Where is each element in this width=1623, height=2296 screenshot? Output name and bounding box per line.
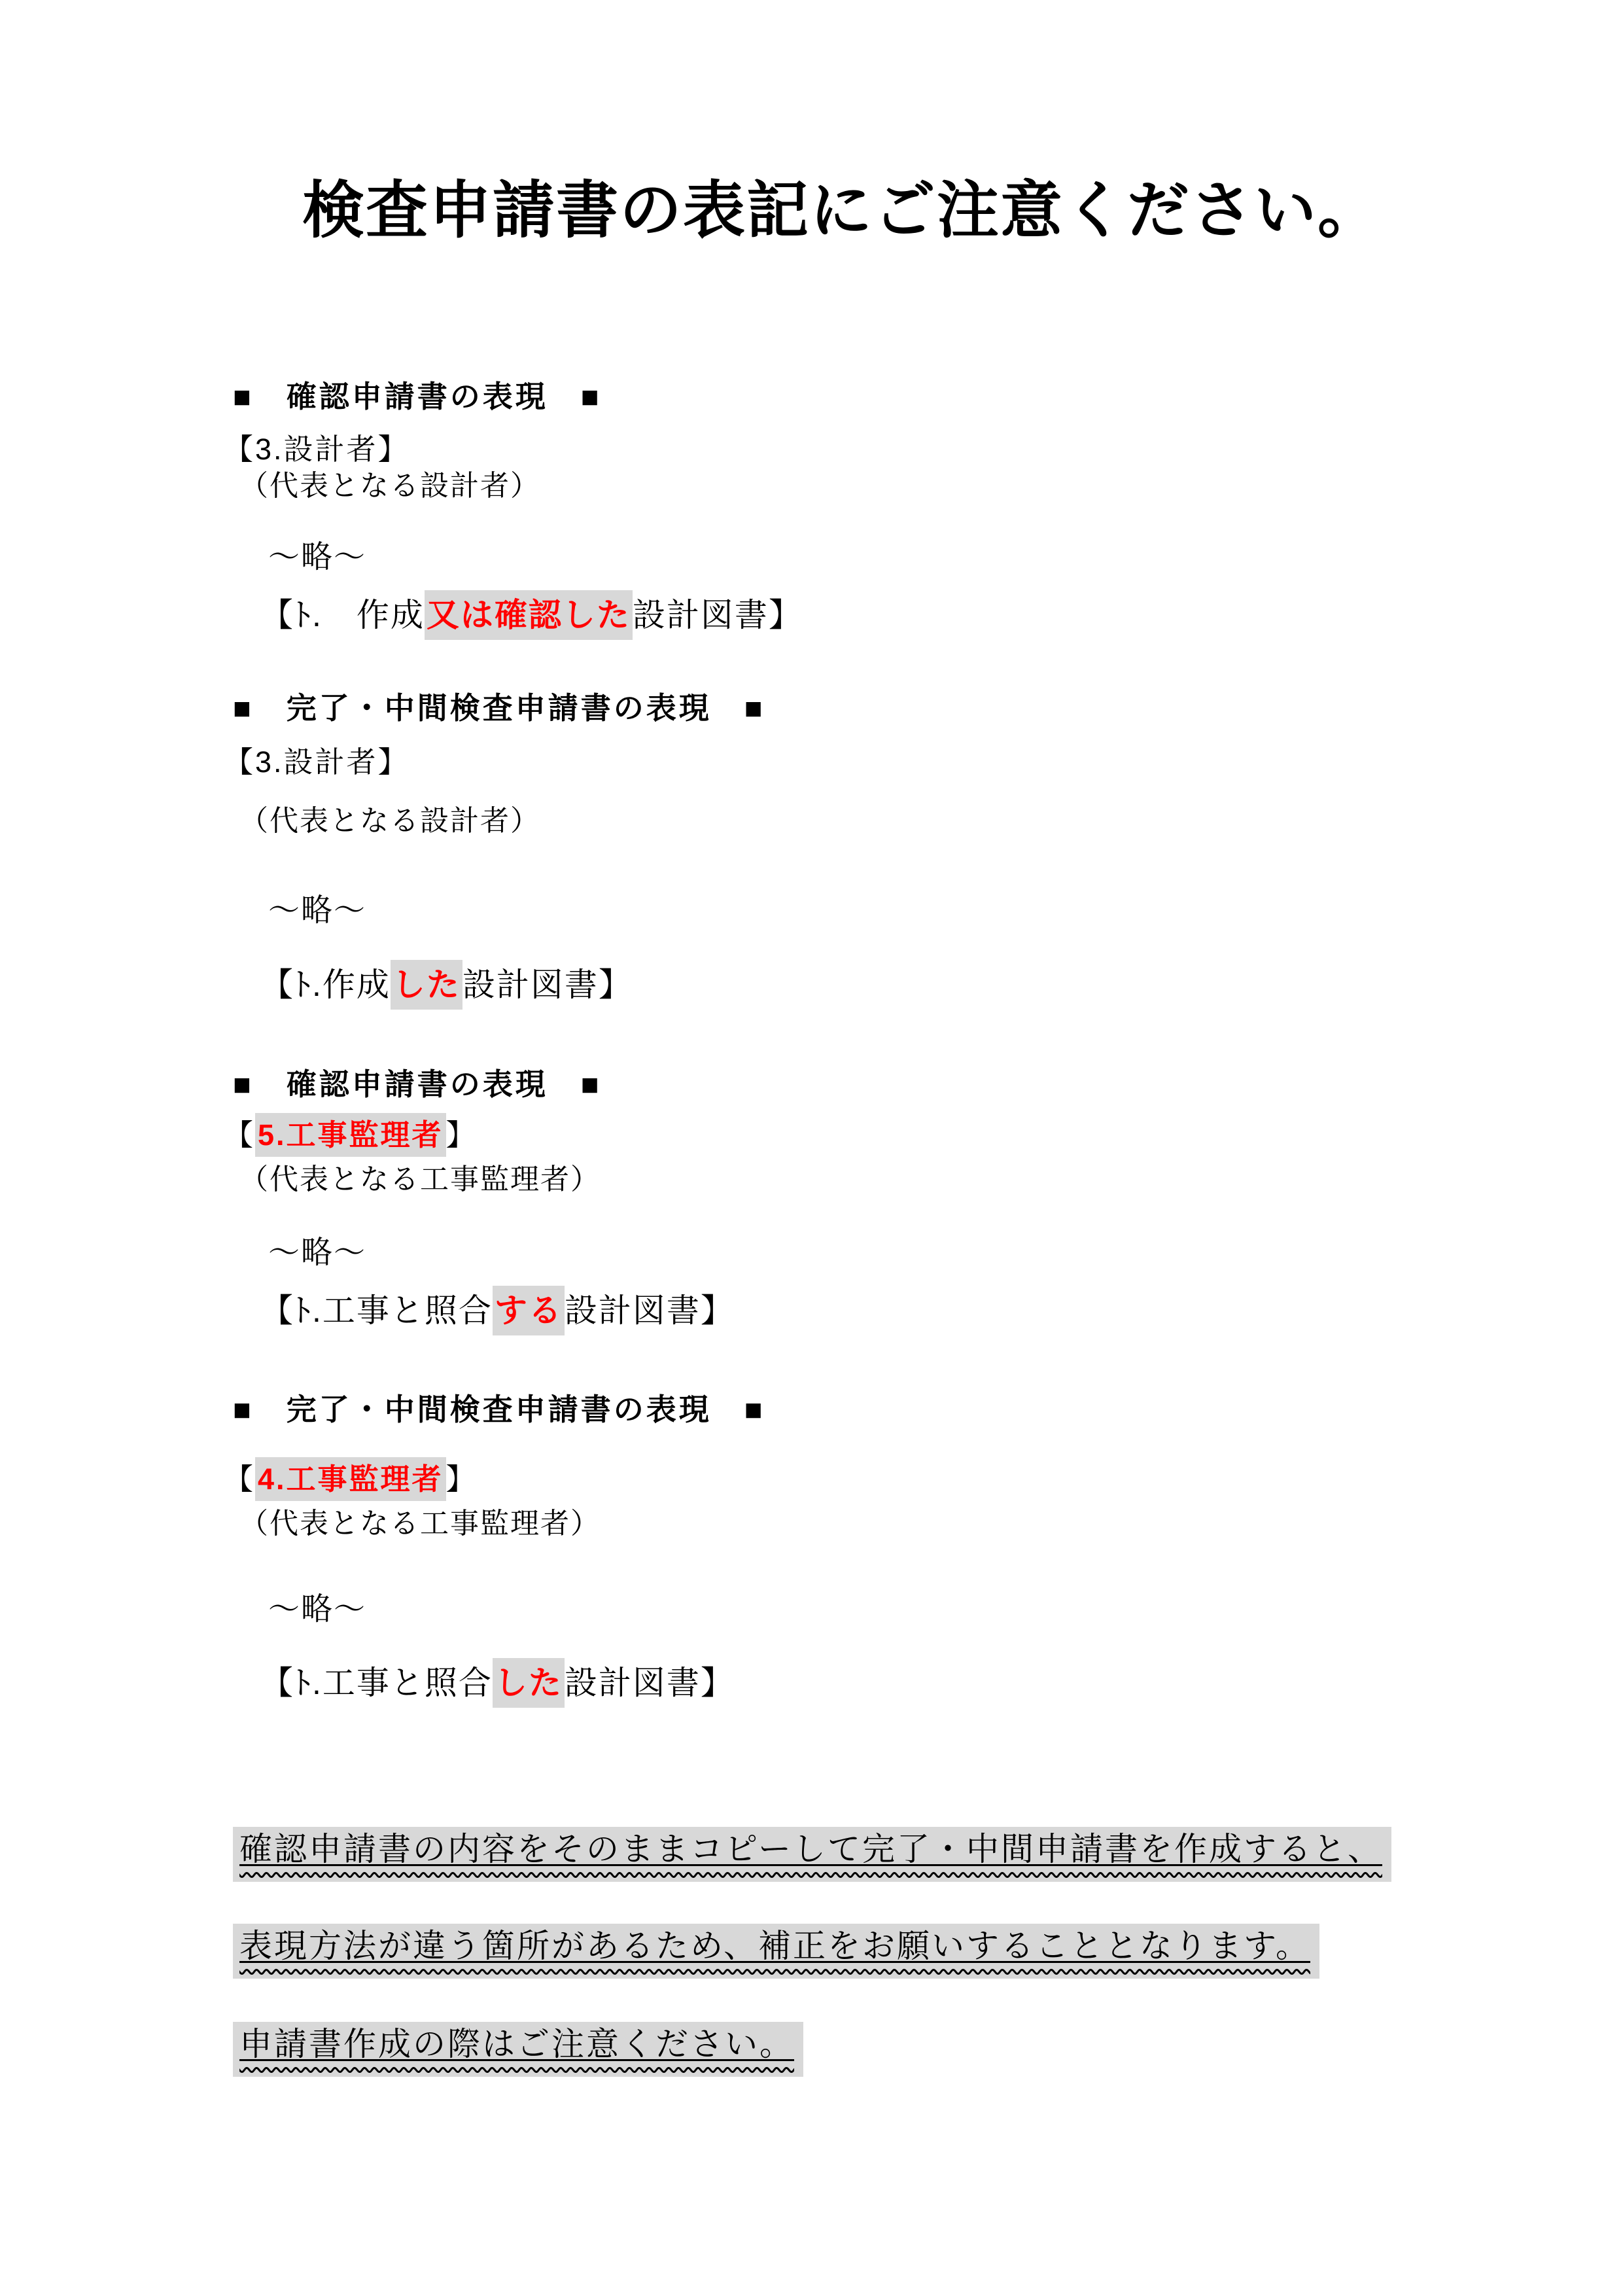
footer-note-line-3: 申請書作成の際はご注意ください。 (233, 2022, 803, 2077)
section-header: ■ 完了・中間検査申請書の表現 ■ (233, 1386, 765, 1429)
phrase-text-before: 【ﾄ.工事と照合 (260, 1665, 493, 1701)
phrase-highlight: 又は確認した (425, 590, 633, 640)
section-header: ■ 確認申請書の表現 ■ (233, 1061, 602, 1104)
section-header: ■ 完了・中間検査申請書の表現 ■ (233, 684, 765, 728)
phrase-text-after: 設計図書】 (633, 597, 803, 633)
omission-line: ～略～ (268, 1583, 366, 1629)
phrase-line: 【ﾄ. 作成又は確認した設計図書】 (260, 589, 803, 636)
footer-note-line-1: 確認申請書の内容をそのままコピーして完了・中間申請書を作成すると、 (233, 1827, 1391, 1882)
footer-note-line-2: 表現方法が違う箇所があるため、補正をお願いすることとなります。 (233, 1924, 1319, 1979)
phrase-text-after: 設計図書】 (462, 966, 633, 1003)
phrase-line: 【ﾄ.工事と照合する設計図書】 (260, 1284, 735, 1332)
omission-line: ～略～ (268, 1227, 366, 1272)
representative-line: （代表となる設計者） (239, 797, 540, 839)
subject-close-bracket: 】 (446, 1462, 478, 1496)
subject-text: 5.工事監理者 (255, 1113, 446, 1157)
subject-close-bracket: 】 (378, 433, 410, 466)
omission-line: ～略～ (268, 885, 366, 930)
document-page: 検査申請書の表記にご注意ください。 ■ 確認申請書の表現 ■ 【3.設計者】 （… (0, 0, 1623, 2296)
subject-open-bracket: 【 (224, 1462, 255, 1496)
straight-underline: 確認申請書の内容をそのままコピーして完了・中間申請書を作成すると、 (239, 1831, 1382, 1867)
subject-line: 【3.設計者】 (224, 738, 410, 781)
wavy-underline-text: 申請書作成の際はご注意ください。 (239, 2026, 794, 2062)
phrase-highlight: する (493, 1286, 565, 1335)
subject-close-bracket: 】 (446, 1118, 478, 1152)
phrase-highlight: した (493, 1658, 565, 1708)
phrase-line: 【ﾄ.工事と照合した設計図書】 (260, 1657, 735, 1704)
representative-line: （代表となる工事監理者） (239, 1156, 601, 1197)
phrase-text-before: 【ﾄ. 作成 (260, 597, 425, 633)
subject-open-bracket: 【 (224, 1118, 255, 1152)
straight-underline: 表現方法が違う箇所があるため、補正をお願いすることとなります。 (239, 1928, 1310, 1964)
page-title: 検査申請書の表記にご注意ください。 (302, 161, 1381, 250)
phrase-line: 【ﾄ.作成した設計図書】 (260, 959, 633, 1006)
subject-text: 3.設計者 (255, 433, 378, 466)
subject-open-bracket: 【 (224, 433, 255, 466)
phrase-text-before: 【ﾄ.作成 (260, 966, 391, 1003)
subject-line: 【4.工事監理者】 (224, 1455, 478, 1498)
phrase-highlight: した (391, 960, 462, 1010)
straight-underline: 申請書作成の際はご注意ください。 (239, 2026, 794, 2062)
omission-line: ～略～ (268, 531, 366, 576)
subject-text: 3.設計者 (255, 745, 378, 779)
phrase-text-after: 設計図書】 (565, 1292, 735, 1329)
representative-line: （代表となる設計者） (239, 462, 540, 504)
representative-line: （代表となる工事監理者） (239, 1500, 601, 1542)
subject-close-bracket: 】 (378, 745, 410, 779)
phrase-text-before: 【ﾄ.工事と照合 (260, 1292, 493, 1329)
section-header: ■ 確認申請書の表現 ■ (233, 373, 602, 416)
subject-line: 【5.工事監理者】 (224, 1111, 478, 1154)
phrase-text-after: 設計図書】 (565, 1665, 735, 1701)
subject-text: 4.工事監理者 (255, 1457, 446, 1501)
wavy-underline-text: 確認申請書の内容をそのままコピーして完了・中間申請書を作成すると、 (239, 1831, 1382, 1867)
wavy-underline-text: 表現方法が違う箇所があるため、補正をお願いすることとなります。 (239, 1928, 1310, 1964)
subject-open-bracket: 【 (224, 745, 255, 779)
